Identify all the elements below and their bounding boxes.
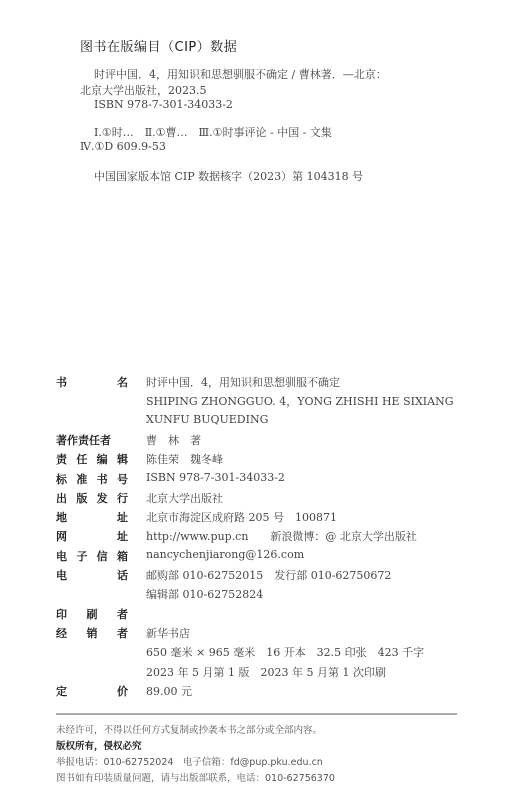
colophon-value: XUNFU BUQUEDING	[146, 413, 268, 426]
colophon-value: 邮购部 010-62752015 发行部 010-62750672	[146, 567, 391, 583]
report-contact: 举报电话：010-62752024 电子信箱：fd@pup.pku.edu.cn	[56, 754, 323, 768]
label-char: 著作责任者	[56, 432, 111, 448]
colophon-value: 2023 年 5 月第 1 版 2023 年 5 月第 1 次印刷	[146, 664, 386, 680]
label-char: 行	[117, 490, 128, 506]
colophon-value: 新华书店	[146, 625, 190, 641]
colophon-value: 编辑部 010-62752824	[146, 586, 263, 602]
label-char: 责	[56, 451, 67, 467]
colophon-label: 网址	[56, 528, 128, 544]
label-char: 话	[117, 567, 128, 583]
label-char: 标	[56, 471, 67, 487]
colophon-value: 89.00 元	[146, 683, 192, 699]
colophon-label: 电话	[56, 567, 128, 583]
label-char: 版	[76, 490, 87, 506]
quality-contact: 图书如有印装质量问题，请与出版部联系，电话：010-62756370	[56, 770, 335, 784]
colophon-value: 时评中国．4，用知识和思想驯服不确定	[146, 374, 340, 390]
label-char: 号	[117, 471, 128, 487]
label-char: 电	[56, 548, 67, 564]
colophon-value: 曹 林 著	[146, 432, 201, 448]
label-char: 子	[76, 548, 87, 564]
label-char: 印	[56, 606, 67, 622]
label-char: 出	[56, 490, 67, 506]
colophon-value: ISBN 978-7-301-34033-2	[146, 471, 285, 484]
colophon-label: 电子信箱	[56, 548, 128, 564]
colophon-value: 北京市海淀区成府路 205 号 100871	[146, 509, 337, 525]
label-char: 发	[97, 490, 108, 506]
label-char: 地	[56, 509, 67, 525]
colophon-label: 责任编辑	[56, 451, 128, 467]
label-char: 价	[117, 683, 128, 699]
label-char: 网	[56, 528, 67, 544]
colophon-label: 经销者	[56, 625, 128, 641]
cip-record-number: 中国国家版本馆 CIP 数据核字（2023）第 104318 号	[94, 168, 363, 184]
cip-title-line: 时评中国．4，用知识和思想驯服不确定 / 曹林著．—北京：	[94, 66, 387, 82]
label-char: 刷	[87, 606, 98, 622]
label-char: 址	[117, 509, 128, 525]
divider	[56, 713, 457, 715]
colophon-value: SHIPING ZHONGGUO. 4，YONG ZHISHI HE SIXIA…	[146, 393, 454, 409]
colophon-label: 标准书号	[56, 471, 128, 487]
colophon-value: nancychenjiarong@126.com	[146, 548, 304, 561]
label-char: 编	[97, 451, 108, 467]
label-char: 任	[76, 451, 87, 467]
label-char: 名	[117, 374, 128, 390]
colophon-value: 陈佳荣 魏冬峰	[146, 451, 223, 467]
cip-isbn: ISBN 978-7-301-34033-2	[94, 98, 233, 111]
colophon-label: 出版发行	[56, 490, 128, 506]
label-char: 辑	[117, 451, 128, 467]
label-char: 信	[97, 548, 108, 564]
cip-classification-code: Ⅳ.①D 609.9-53	[80, 140, 166, 153]
label-char: 书	[97, 471, 108, 487]
cip-classification: Ⅰ.①时… Ⅱ.①曹… Ⅲ.①时事评论 - 中国 - 文集	[94, 124, 332, 140]
label-char: 址	[117, 528, 128, 544]
colophon-label: 定价	[56, 683, 128, 699]
label-char: 者	[117, 606, 128, 622]
cip-title: 图书在版编目（CIP）数据	[80, 36, 237, 55]
label-char: 销	[87, 625, 98, 641]
label-char: 箱	[117, 548, 128, 564]
label-char: 书	[56, 374, 67, 390]
label-char: 定	[56, 683, 67, 699]
copyright-notice: 未经许可，不得以任何方式复制或抄袭本书之部分或全部内容。	[56, 722, 322, 736]
label-char: 经	[56, 625, 67, 641]
colophon-label: 书名	[56, 374, 128, 390]
cip-publisher-line: 北京大学出版社，2023.5	[80, 82, 207, 98]
rights-reserved: 版权所有，侵权必究	[56, 738, 142, 752]
colophon-value: http://www.pup.cn 新浪微博：@ 北京大学出版社	[146, 528, 417, 544]
label-char: 电	[56, 567, 67, 583]
colophon-value: 北京大学出版社	[146, 490, 223, 506]
colophon-label: 印刷者	[56, 606, 128, 622]
colophon-label: 地址	[56, 509, 128, 525]
label-char: 准	[76, 471, 87, 487]
label-char: 者	[117, 625, 128, 641]
colophon-label: 著作责任者	[56, 432, 128, 448]
colophon-value: 650 毫米 × 965 毫米 16 开本 32.5 印张 423 千字	[146, 644, 424, 660]
